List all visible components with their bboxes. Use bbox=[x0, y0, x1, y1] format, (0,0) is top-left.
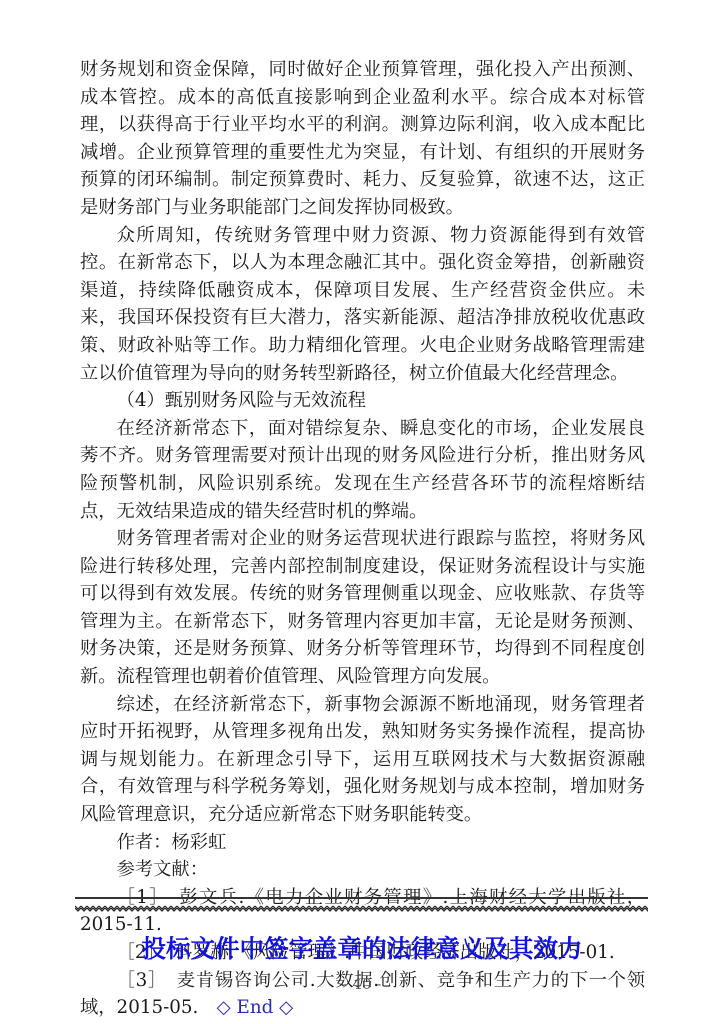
page-number: - 40 - bbox=[0, 975, 724, 993]
paragraph: 在经济新常态下，面对错综复杂、瞬息变化的市场，企业发展良莠不齐。财务管理需要对预… bbox=[80, 415, 645, 525]
paragraph: 财务管理者需对企业的财务运营现状进行跟踪与监控，将财务风险进行转移处理，完善内部… bbox=[80, 525, 645, 691]
section-divider bbox=[75, 897, 648, 917]
article-body: 财务规划和资金保障，同时做好企业预算管理，强化投入产出预测、成本管控。成本的高低… bbox=[80, 56, 645, 1022]
next-article-title: 投标文件中签字盖章的法律意义及其效力 bbox=[0, 930, 724, 965]
divider-line bbox=[75, 897, 648, 899]
section-heading: （4）甄别财务风险与无效流程 bbox=[80, 387, 645, 415]
zigzag-border-icon bbox=[75, 904, 648, 912]
paragraph: 财务规划和资金保障，同时做好企业预算管理，强化投入产出预测、成本管控。成本的高低… bbox=[80, 56, 645, 222]
references-title: 参考文献： bbox=[80, 856, 645, 884]
paragraph: 众所周知，传统财务管理中财力资源、物力资源能得到有效管控。在新常态下，以人为本理… bbox=[80, 222, 645, 388]
document-page: 财务规划和资金保障，同时做好企业预算管理，强化投入产出预测、成本管控。成本的高低… bbox=[0, 0, 724, 1024]
paragraph: 综述，在经济新常态下，新事物会源源不断地涌现，财务管理者应时开拓视野，从管理多视… bbox=[80, 691, 645, 829]
author-line: 作者：杨彩虹 bbox=[80, 829, 645, 857]
end-mark: ◇ End ◇ bbox=[217, 997, 294, 1018]
